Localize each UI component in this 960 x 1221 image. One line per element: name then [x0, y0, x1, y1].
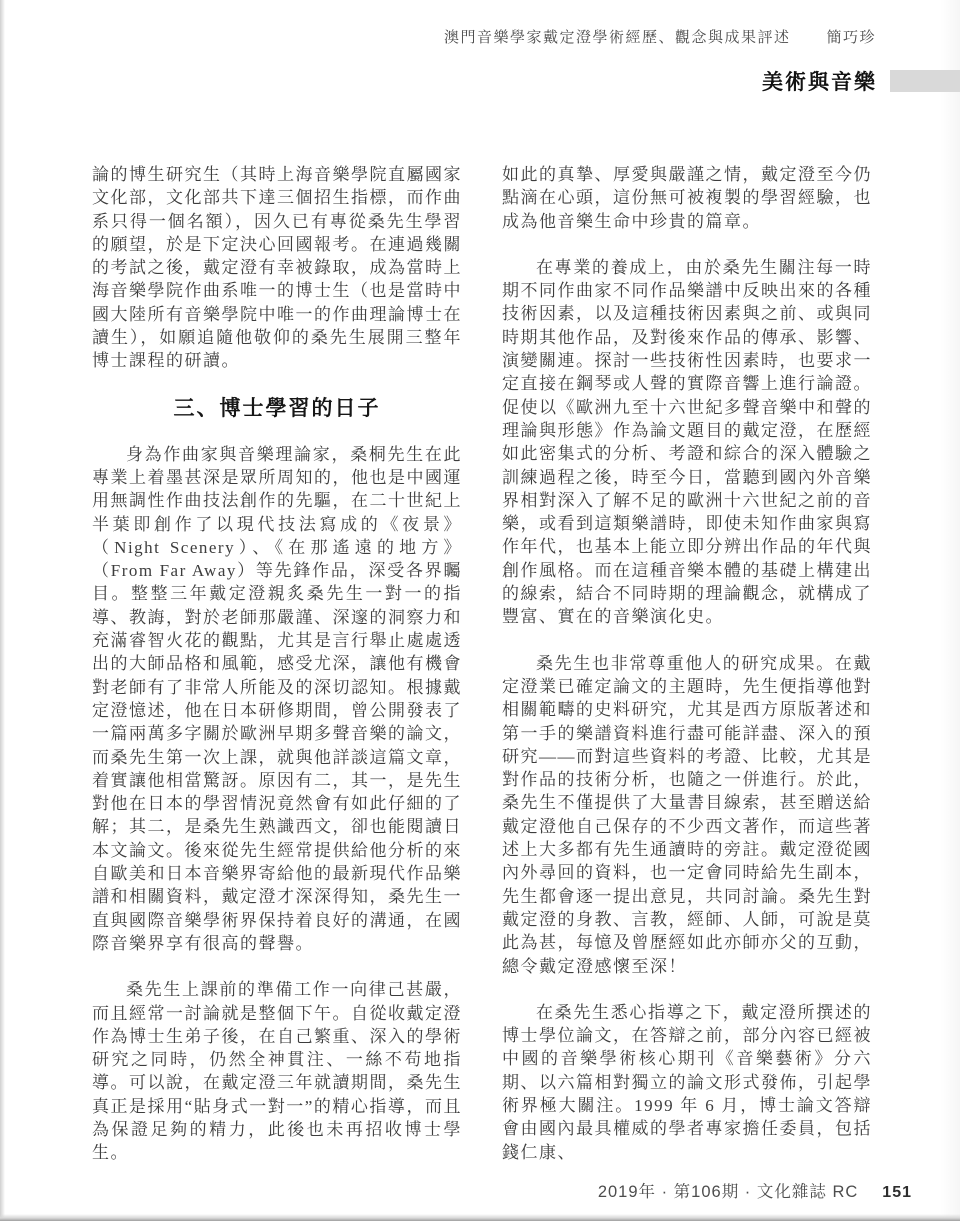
running-head-author: 簡巧珍 — [826, 29, 876, 46]
running-head-article-title: 澳門音樂學家戴定澄學術經歷、觀念與成果評述 — [444, 29, 791, 46]
footer-page-number: 151 — [882, 1184, 912, 1202]
paragraph-left-2: 身為作曲家與音樂理論家，桑桐先生在此專業上着墨甚深是眾所周知的，他也是中國運用無… — [92, 443, 462, 956]
section-title: 美術與音樂 — [762, 66, 877, 96]
magazine-page: 澳門音樂學家戴定澄學術經歷、觀念與成果評述簡巧珍 美術與音樂 論的博生研究生（其… — [0, 0, 960, 1221]
running-head: 澳門音樂學家戴定澄學術經歷、觀念與成果評述簡巧珍 — [444, 26, 876, 47]
paragraph-right-2: 在專業的養成上，由於桑先生關注每一時期不同作曲家不同作品樂譜中反映出來的各種技術… — [502, 256, 872, 629]
column-left: 論的博生研究生（其時上海音樂學院直屬國家文化部，文化部共下達三個招生指標，而作曲… — [92, 163, 462, 1165]
article-body: 論的博生研究生（其時上海音樂學院直屬國家文化部，文化部共下達三個招生指標，而作曲… — [92, 163, 873, 1165]
paragraph-right-4: 在桑先生悉心指導之下，戴定澄所撰述的博士學位論文，在答辯之前，部分內容已經被中國… — [502, 1001, 872, 1164]
paragraph-left-3: 桑先生上課前的準備工作一向律己甚嚴，而且經常一討論就是整個下午。自從收戴定澄作為… — [92, 978, 462, 1164]
page-left-edge-shadow — [0, 0, 5, 1221]
paragraph-right-3: 桑先生也非常尊重他人的研究成果。在戴定澄業已確定論文的主題時，先生便指導他對相關… — [502, 652, 872, 978]
page-footer: 2019年 · 第106期 · 文化雜誌 RC 151 — [598, 1178, 912, 1202]
page-bottom-edge-shadow — [0, 1214, 960, 1221]
page-right-edge-shadow — [940, 0, 960, 1221]
column-right: 如此的真摯、厚愛與嚴謹之情，戴定澄至今仍點滴在心頭，這份無可被複製的學習經驗，也… — [502, 163, 872, 1165]
footer-journal-line: 2019年 · 第106期 · 文化雜誌 RC — [598, 1178, 858, 1202]
section-label-row: 美術與音樂 — [762, 66, 960, 96]
section-bar-decoration — [890, 70, 960, 92]
section-heading: 三、博士學習的日子 — [92, 396, 462, 422]
paragraph-right-1: 如此的真摯、厚愛與嚴謹之情，戴定澄至今仍點滴在心頭，這份無可被複製的學習經驗，也… — [502, 163, 872, 233]
paragraph-left-1: 論的博生研究生（其時上海音樂學院直屬國家文化部，文化部共下達三個招生指標，而作曲… — [92, 163, 462, 373]
